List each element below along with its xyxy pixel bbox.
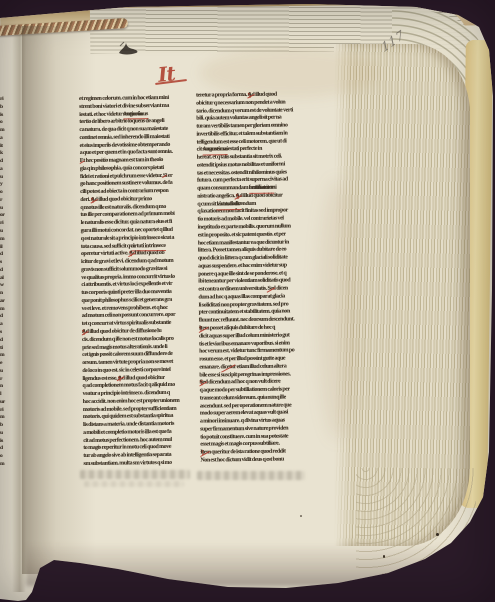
show-through-band [197,471,305,480]
text-line: o [0,189,9,197]
left-text-column: et regimen celorum. cum in hoc etiam min… [79,95,198,469]
facing-page-crease [12,26,26,592]
text-line: m [0,414,9,422]
text-line: n [0,290,9,298]
text-line: b [0,104,9,112]
text-line: m [0,306,9,314]
text-line: m [0,461,9,469]
text-line: d [0,158,9,166]
text-line: a [0,166,9,174]
text-line: or [0,212,9,220]
ink-speck [436,533,439,536]
text-line: d [0,267,9,275]
text-line: o [0,453,9,461]
text-line: d [0,337,9,345]
facing-page-text-fragments: ribisomaitkdauyoruorriumildsdalwnarmdasd… [0,96,9,469]
text-line: u [0,430,9,438]
text-line: is [0,438,9,446]
text-line: u [0,228,9,236]
text-line: k [0,150,9,158]
show-through-band [80,470,190,479]
show-through-band [84,481,184,487]
text-line: u [0,174,9,182]
text-line: d [0,445,9,453]
paper-stain [318,180,358,440]
book-block: ribisomaitkdauyoruorriumildsdalwnarmdasd… [0,0,495,602]
text-line: ti [0,345,9,353]
right-text-column: teretur a propria forma. ¶ Ad illud quod… [196,91,320,465]
text-line: b [0,422,9,430]
text-line: w [0,282,9,290]
text-line: e [0,360,9,368]
text-line: ri [0,220,9,228]
text-line: s [0,329,9,337]
text-line: a [0,135,9,143]
text-line: l [0,391,9,399]
text-line: r [0,376,9,384]
text-line: sm substantiam. multa sm virtutes q si m… [83,460,197,469]
text-line: o [0,119,9,127]
text-line: Non est hoc dictum vidit deus q est bonu [200,456,319,465]
text-line: a [0,321,9,329]
text-line: m [0,236,9,244]
ink-speck [300,515,302,517]
text-line: n [0,383,9,391]
text-line: ri [0,407,9,415]
text-line: it [0,143,9,151]
photograph-of-open-incunable: ribisomaitkdauyoruorriumildsdalwnarmdasd… [0,0,495,602]
text-line: is [0,112,9,120]
text-line: il [0,244,9,252]
text-line: u [0,368,9,376]
text-line: d [0,251,9,259]
text-line: u [0,205,9,213]
text-line: r [0,197,9,205]
text-line: ar [0,298,9,306]
text-block: et regimen celorum. cum in hoc etiam min… [79,93,324,476]
text-line: ri [0,96,9,104]
bottom-edge-shadow [26,542,460,586]
text-line: m [0,127,9,135]
text-line: y [0,181,9,189]
text-line: ur [0,399,9,407]
text-line: s [0,259,9,267]
text-line: m [0,352,9,360]
text-line: al [0,275,9,283]
text-line: d [0,313,9,321]
ink-smudge [117,40,143,56]
